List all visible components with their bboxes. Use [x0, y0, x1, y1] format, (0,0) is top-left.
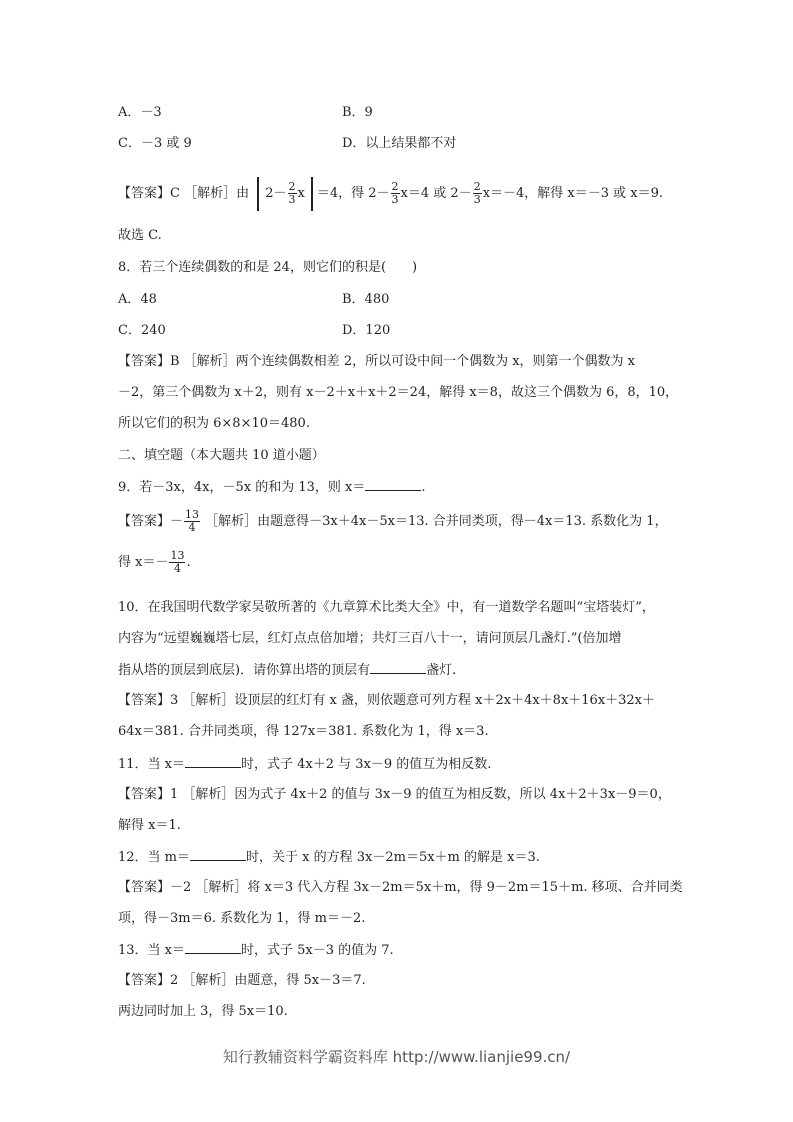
- q12-stem-end: 时，关于 x 的方程 3x－2m＝5x＋m 的解是 x＝3.: [246, 850, 540, 865]
- denominator: 3: [288, 194, 297, 206]
- answer-rest: ［解析］由题意得－3x＋4x－5x＝13. 合并同类项，得－4x＝13. 系数化…: [205, 514, 667, 529]
- answer-blank: [365, 478, 421, 491]
- q9-answer-line2: 得 x＝－134.: [118, 546, 191, 580]
- section-title: 二、填空题（本大题共 10 道小题）: [118, 447, 325, 465]
- q12-answer-line1: 【答案】－2 ［解析］将 x＝3 代入方程 3x－2m＝5x＋m，得 9－2m＝…: [118, 879, 683, 897]
- q7-option-c: C．－3 或 9: [118, 135, 192, 153]
- q7-option-b: B．9: [342, 104, 373, 122]
- q11-stem: 11．当 x＝时，式子 4x＋2 与 3x－9 的值互为相反数.: [118, 755, 491, 774]
- q11-answer-line2: 解得 x＝1.: [118, 817, 181, 835]
- q10-stem-end: 盏灯.: [426, 663, 456, 678]
- numerator: 2: [288, 181, 297, 194]
- q9-stem: 9．若－3x，4x，－5x 的和为 13，则 x＝.: [118, 478, 426, 497]
- q7-answer: 【答案】C ［解析］由 2－23x ＝4，得 2－23x＝4 或 2－23x＝－…: [118, 176, 663, 212]
- q10-answer-line1: 【答案】3 ［解析］设顶层的红灯有 x 盏，则依题意可列方程 x＋2x＋4x＋8…: [118, 692, 655, 710]
- q11-answer-line1: 【答案】1 ［解析］因为式子 4x＋2 的值与 3x－9 的值互为相反数，所以 …: [118, 786, 671, 804]
- q13-stem: 13．当 x＝时，式子 5x－3 的值为 7.: [118, 941, 394, 960]
- abs-var: x: [298, 186, 305, 201]
- denominator: 4: [169, 563, 185, 575]
- q12-stem-text: 12．当 m＝: [118, 850, 190, 865]
- q12-answer-line2: 项，得－3m＝6. 系数化为 1，得 m＝－2.: [118, 910, 365, 928]
- q13-stem-end: 时，式子 5x－3 的值为 7.: [241, 943, 394, 958]
- answer-blank: [190, 848, 246, 861]
- q9-answer-line1: 【答案】－134 ［解析］由题意得－3x＋4x－5x＝13. 合并同类项，得－4…: [118, 505, 668, 539]
- fraction: 134: [184, 509, 200, 534]
- q8-answer-line1: 【答案】B ［解析］两个连续偶数相差 2，所以可设中间一个偶数为 x，则第一个偶…: [118, 353, 635, 371]
- q7-option-d: D．以上结果都不对: [342, 135, 456, 153]
- q11-stem-text: 11．当 x＝: [118, 757, 185, 772]
- answer-mid2: x＝4 或 2－: [401, 186, 472, 201]
- fraction: 134: [169, 550, 185, 575]
- q8-stem: 8．若三个连续偶数的和是 24，则它们的积是( ): [118, 259, 417, 277]
- q8-option-c: C．240: [118, 322, 166, 340]
- q10-stem-line3: 指从塔的顶层到底层)．请你算出塔的顶层有盏灯.: [118, 661, 456, 680]
- answer-blank: [370, 661, 426, 674]
- answer-mid3: x＝－4，解得 x＝－3 或 x＝9.: [483, 186, 663, 201]
- q7-option-a: A．－3: [118, 104, 162, 122]
- q8-answer-line3: 所以它们的积为 6×8×10＝480.: [118, 415, 310, 433]
- q10-stem-text: 指从塔的顶层到底层)．请你算出塔的顶层有: [118, 663, 370, 678]
- denominator: 3: [473, 194, 482, 206]
- q13-stem-text: 13．当 x＝: [118, 943, 185, 958]
- fraction: 23: [288, 181, 297, 206]
- q8-option-b: B．480: [342, 291, 389, 309]
- q13-answer-line2: 两边同时加上 3，得 5x＝10.: [118, 1003, 288, 1021]
- q9-stem-text: 9．若－3x，4x，－5x 的和为 13，则 x＝: [118, 480, 365, 495]
- q10-answer-line2: 64x＝381. 合并同类项，得 127x＝381. 系数化为 1，得 x＝3.: [118, 723, 489, 741]
- answer-prefix: 【答案】C ［解析］由: [118, 186, 249, 201]
- q13-answer-line1: 【答案】2 ［解析］由题意，得 5x－3＝7.: [118, 972, 366, 990]
- q10-stem-line1: 10．在我国明代数学家吴敬所著的《九章算术比类大全》中，有一道数学名题叫“宝塔装…: [118, 599, 655, 617]
- denominator: 3: [391, 194, 400, 206]
- q9-stem-end: .: [421, 480, 425, 495]
- answer-line2-prefix: 得 x＝－: [118, 555, 168, 570]
- q7-answer-line2: 故选 C.: [118, 227, 162, 245]
- q8-option-d: D．120: [342, 322, 390, 340]
- absolute-value-expression: 2－23x: [257, 177, 313, 211]
- footer-watermark: 知行教辅资料学霸资料库 http://www.lianjie99.cn/: [0, 1046, 793, 1067]
- q10-stem-line2: 内容为“远望巍巍塔七层，红灯点点倍加增；共灯三百八十一，请问顶层几盏灯.”(倍加…: [118, 630, 622, 648]
- answer-blank: [185, 941, 241, 954]
- q11-stem-end: 时，式子 4x＋2 与 3x－9 的值互为相反数.: [241, 757, 491, 772]
- answer-mid: ＝4，得 2－: [317, 186, 390, 201]
- q8-option-a: A．48: [118, 291, 157, 309]
- denominator: 4: [184, 522, 200, 534]
- q8-answer-line2: －2，第三个偶数为 x＋2，则有 x－2＋x＋x＋2＝24，解得 x＝8，故这三…: [118, 384, 678, 402]
- q12-stem: 12．当 m＝时，关于 x 的方程 3x－2m＝5x＋m 的解是 x＝3.: [118, 848, 540, 867]
- fraction: 23: [473, 181, 482, 206]
- answer-prefix: 【答案】－: [118, 514, 183, 529]
- fraction: 23: [391, 181, 400, 206]
- abs-left: 2－: [265, 186, 286, 201]
- answer-blank: [185, 755, 241, 768]
- answer-line2-suffix: .: [186, 555, 190, 570]
